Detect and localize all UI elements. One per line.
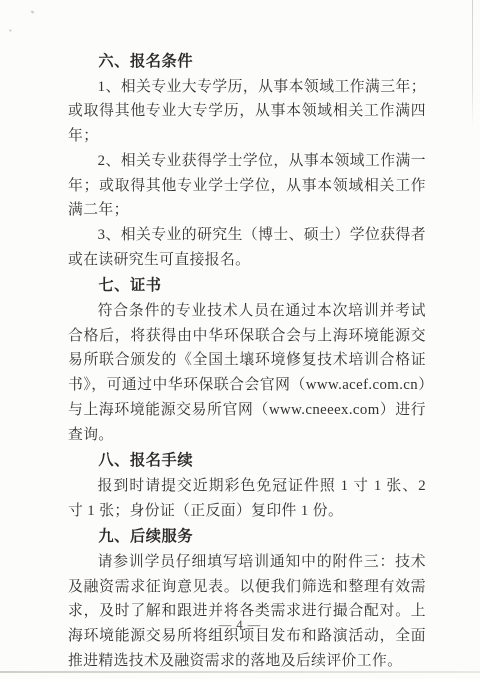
scanned-document-page: 六、报名条件1、相关专业大专学历，从事本领域工作满三年；或取得其他专业大专学历，…	[0, 0, 480, 679]
paragraph: 报到时请提交近期彩色免冠证件照 1 寸 1 张、2 寸 1 张；身份证（正反面）…	[68, 474, 426, 523]
scan-speck	[31, 10, 35, 13]
page-number: — 4 —	[0, 618, 480, 633]
document-body: 六、报名条件1、相关专业大专学历，从事本领域工作满三年；或取得其他专业大专学历，…	[68, 50, 426, 674]
paragraph: 请参训学员仔细填写培训通知中的附件三：技术及融资需求征询意见表。以便我们筛选和整…	[68, 550, 426, 674]
scan-speck	[9, 29, 13, 33]
section-heading: 八、报名手续	[68, 449, 426, 474]
paragraph: 符合条件的专业技术人员在通过本次培训并考试合格后，将获得由中华环保联合会与上海环…	[68, 299, 426, 447]
document-section: 六、报名条件1、相关专业大专学历，从事本领域工作满三年；或取得其他专业大专学历，…	[68, 50, 426, 272]
paragraph: 3、相关专业的研究生（博士、硕士）学位获得者或在读研究生可直接报名。	[68, 223, 426, 272]
paragraph: 2、相关专业获得学士学位，从事本领域工作满一年；或取得其他专业学士学位，从事本领…	[68, 149, 426, 223]
scan-edge-bottom-line	[0, 671, 480, 673]
document-section: 九、后续服务请参训学员仔细填写培训通知中的附件三：技术及融资需求征询意见表。以便…	[68, 525, 426, 673]
paragraph: 1、相关专业大专学历，从事本领域工作满三年；或取得其他专业大专学历，从事本领域相…	[68, 75, 426, 149]
section-heading: 七、证书	[68, 274, 426, 299]
section-heading: 九、后续服务	[68, 525, 426, 550]
scan-edge-vertical-line	[472, 0, 473, 128]
document-section: 八、报名手续报到时请提交近期彩色免冠证件照 1 寸 1 张、2 寸 1 张；身份…	[68, 449, 426, 523]
document-section: 七、证书符合条件的专业技术人员在通过本次培训并考试合格后，将获得由中华环保联合会…	[68, 274, 426, 447]
section-heading: 六、报名条件	[68, 50, 426, 75]
